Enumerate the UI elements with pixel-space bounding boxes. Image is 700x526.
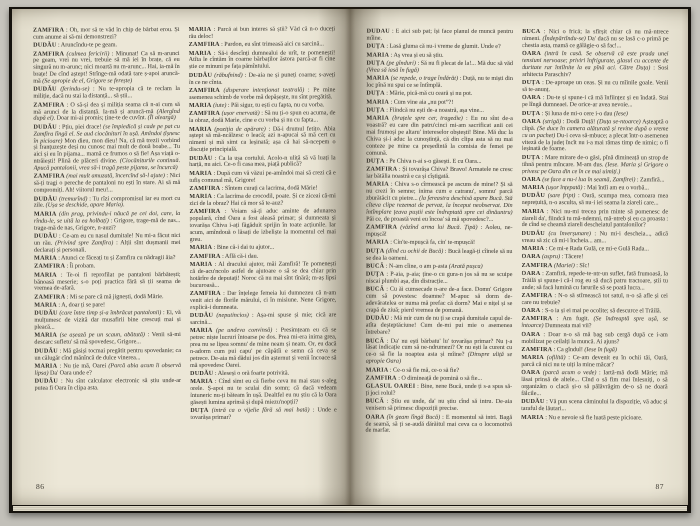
speaker-name: MARIA (34, 211, 57, 217)
stage-direction: (Se apropie de el, Grigore se ferește) (42, 78, 132, 84)
dialogue-entry: ZAMFIRA (ușor enervată) : Să nu ți-o spu… (189, 111, 336, 125)
speaker-name: MARIA (190, 328, 213, 334)
speaker-name: DUȚA (366, 60, 384, 66)
dialogue-entry: DUDĂU : Vă pun scena căminului la dispoz… (521, 399, 668, 413)
speaker-name: MARIA (366, 76, 389, 82)
speaker-name: DUDĂU (35, 379, 58, 385)
speaker-name: DUDĂU (521, 399, 544, 405)
dialogue-text: : Cînd simt eu că fierbe ceva nu mai sta… (190, 379, 337, 406)
dialogue-entry: MARIA : Nu e nevoie să fie luată peste p… (521, 415, 668, 422)
speaker-name: ZAMFIRA (189, 88, 220, 94)
stage-direction: (neputincios) (216, 313, 248, 319)
dialogue-entry: OARA : S-o ia și ei mai pe ocolite; să d… (521, 308, 668, 315)
speaker-name: OARA (366, 414, 385, 420)
dialogue-text: : Aș vrea și eu să știu. (389, 52, 443, 58)
page-number-left: 86 (36, 482, 45, 491)
dialogue-text: : Îi probam. (65, 264, 95, 270)
stage-direction: (culmea fericirii) (67, 51, 110, 57)
dialogue-text: : Pe Chiva n-ai s-o găsești. E cu Oara..… (385, 159, 482, 165)
stage-direction: (dînd cu ochii de Bucă) (386, 248, 443, 254)
dialogue-text: : Ca lacrima de crocodil, poate. Și ce z… (189, 194, 335, 208)
speaker-name: OARA (522, 95, 541, 101)
speaker-name: DUDĂU (33, 87, 56, 93)
dialogue-text: : Nu ție mă, Oarei (57, 363, 108, 369)
dialogue-text: : După cum vă văzui pe-amîndoi mai să cr… (189, 170, 335, 184)
dialogue-entry: MARIA (poziția de apărare) : Dă-i drumul… (189, 126, 336, 154)
stage-direction: (tremurînd) (59, 196, 87, 202)
stage-direction: (sare fript) (548, 194, 576, 200)
dialogue-text: : Să nu fi plecat de la!... Mă duc să vă… (416, 61, 513, 67)
speaker-name: MARIA (190, 379, 213, 385)
dialogue-entry: DUDĂU : Nu sînt calculator electronic să… (35, 378, 182, 392)
dialogue-entry: DUȚA (intră ca o vijelie fără să mai bat… (190, 408, 337, 422)
speaker-name: DUȚA (367, 44, 385, 50)
dialogue-text: : Și luna de mi-o cere i-o dau (540, 111, 614, 117)
book-scan: ZAMFIRA : Oh, mor să te văd în chip de b… (0, 0, 700, 526)
dialogue-entry: ZAMFIRA : Află că-i dau. (190, 253, 337, 261)
text-column-3: DUDĂU : E aici sub pat; își face planul … (365, 29, 513, 471)
dialogue-text: : Du-te și spune-i că mă înființez și eu… (522, 95, 669, 108)
dialogue-text: : O dimineață de pomină o să fie... (397, 376, 482, 382)
dialogue-entry: MARIA (iute) : Păi sigur, tu ești cu fap… (189, 102, 336, 110)
speaker-name: DUȚA (366, 248, 384, 254)
dialogue-entry: DUDĂU (cu înverșunare) : Nu mi-i deschei… (522, 231, 669, 245)
dialogue-text: : Cum vine aia „nu pot”?! (389, 99, 453, 105)
dialogue-entry: MARIA : Atunci ce făceați tu și Zamfira … (34, 255, 181, 263)
speaker-name: MARIA (189, 171, 212, 177)
page-right-text: DUDĂU : E aici sub pat; își face planul … (365, 29, 668, 472)
dialogue-text: : Aleseși o oră foarte potrivită. (213, 371, 289, 377)
dialogue-entry: DUDĂU : Mă găsiși tocmai pregătit pentru… (34, 348, 181, 362)
page-left: ZAMFIRA : Oh, mor să te văd în chip de b… (12, 9, 350, 505)
speaker-name: MARIA (34, 363, 57, 369)
dialogue-entry: ZAMFIRA (Mariei) : Sîc! (521, 263, 668, 270)
dialogue-entry: MARIA (ușor înțepată) : Mai întîi am eu … (522, 185, 669, 192)
dialogue-entry: ZAMFIRA : Ca gîndul! (Iese în fugă) (521, 347, 668, 354)
stage-direction: (se așează pe un scaun, abătută) (60, 333, 145, 339)
speaker-name: DUȚA (190, 408, 208, 414)
speaker-name: MARIA (521, 415, 544, 421)
speaker-name: ZAMFIRA (366, 375, 397, 381)
speaker-name: OARA (522, 51, 541, 57)
dialogue-text: Da' Oara unde e? (49, 370, 92, 376)
dialogue-entry: OARA (parcă acum o vede) : Iartă-mă dodă… (521, 370, 668, 398)
dialogue-entry: OARA : Zamfiră, repede-te-ntr-un suflet,… (521, 271, 668, 292)
dialogue-entry: DUDĂU : Aleseși o oră foarte potrivită. (190, 370, 337, 378)
speaker-name: ZAMFIRA (521, 316, 552, 322)
stage-direction: (pe undeva convinsă) (216, 328, 272, 334)
dialogue-text: : A, doar ți se pare! (57, 302, 105, 308)
dialogue-entry: MARIA : Ce-o să fie mă, ce-o să fie? (366, 367, 513, 374)
speaker-name: ZAMFIRA (190, 254, 221, 260)
dialogue-text: : Eu nu sînt de-a voastră? eu care din p… (366, 116, 513, 156)
stage-direction: (Îndepărtîndu-se) (542, 36, 585, 42)
dialogue-entry: DUȚA : Mărie, pică-mă cu ceară și nu pot… (366, 91, 513, 98)
dialogue-entry: OARA (în geam lîngă Bucă) : E momentul s… (366, 414, 513, 435)
dialogue-entry: ZAMFIRA : O dimineață de pomină o să fie… (366, 375, 513, 382)
dialogue-entry: OARA (aspru) : Tăcere! (521, 254, 668, 261)
speaker-name: MARIA (189, 103, 212, 109)
speaker-name: ZAMFIRA (521, 263, 552, 269)
stage-direction: (disperare intenționat teatrală) (224, 87, 305, 93)
stage-direction: (ofilită) (547, 355, 566, 361)
dialogue-text: Dumneata mai vii? (544, 323, 592, 329)
text-column-4: BUCĂ : Nici o frică; la sfîrșit chiar că… (521, 29, 669, 471)
dialogue-entry: ZAMFIRA : Mi se pare că mă jignești, dod… (34, 294, 181, 302)
dialogue-text: : Bine că-i dai tu ajutor... (212, 245, 274, 251)
stage-direction: (brațele spre cer, tragedie) (392, 116, 463, 122)
speaker-name: DUDĂU (34, 233, 57, 239)
speaker-name: ZAMFIRA (190, 291, 221, 297)
speaker-name: DUȚA (366, 272, 384, 278)
speaker-name: OARA (521, 332, 540, 338)
speaker-name: DUȚA (366, 91, 384, 97)
dialogue-entry: BUCĂ : N-am cîine, o am p-asta (Arată pu… (366, 264, 513, 271)
stage-direction: (ușor enervată) (222, 111, 260, 117)
dialogue-entry: ZAMFIRA : Oh, mor să te văd în chip de b… (33, 27, 180, 41)
dialogue-entry: MARIA (din prag, privindu-i năucă pe cei… (34, 211, 181, 232)
stage-direction: (se face a nu-i lua în seamă, Zamfirei) (542, 177, 635, 183)
dialogue-text: : Mi se pare că mă jignești, dodă Mărie. (65, 294, 163, 300)
dialogue-entry: OARA (se face a nu-i lua în seamă, Zamfi… (522, 177, 669, 184)
speaker-name: MARIA (189, 194, 212, 200)
dialogue-text: : Pardon, eu sînt trimeasă aici cu sarci… (220, 42, 324, 48)
dialogue-entry: ZAMFIRA : Pardon, eu sînt trimeasă aici … (189, 42, 336, 50)
speaker-name: ZAMFIRA (521, 293, 552, 299)
dialogue-entry: DUDĂU : Ce-am eu cu nasul dumitale! Nu m… (34, 233, 181, 254)
dialogue-text: : Află că-i dau. (221, 253, 259, 259)
dialogue-text: : Am fugit. (552, 317, 593, 323)
dialogue-text: : Al dracului ajutor, măi Zamfiră! Te po… (190, 261, 337, 288)
dialogue-entry: DUDĂU (tremurînd) : Tu rîzi compromisul … (34, 196, 181, 210)
dialogue-entry: DUȚA : Mare mirare de-o găsi, pînă dimin… (522, 155, 669, 176)
speaker-name: ZAMFIRA (34, 294, 65, 300)
speaker-name: DUDĂU (34, 196, 57, 202)
stage-direction: (aspru) (542, 254, 560, 260)
speaker-name: DUȚA (366, 107, 384, 113)
text-column-2: MARIA : Parcă ai bun interes să știi? Vă… (189, 26, 337, 471)
speaker-name: DUȚA (522, 80, 540, 86)
dialogue-entry: MARIA : Ca lacrima de crocodil, poate. Ș… (189, 194, 336, 208)
speaker-name: MARIA (34, 333, 57, 339)
speaker-name: MARIA (521, 246, 544, 252)
dialogue-text: : Ce-o să fie mă, ce-o să fie? (388, 367, 459, 373)
dialogue-text: : De-aproape un ceas. Și nu cu mîinile g… (522, 80, 669, 93)
dialogue-entry: MARIA : Nu ție mă, Oarei (Parcă abia acu… (34, 363, 181, 377)
dialogue-entry: OARA : Du-te și spune-i că mă înființez … (522, 95, 669, 109)
speaker-name: MARIA (34, 256, 57, 262)
speaker-name: OARA (522, 119, 541, 125)
speaker-name: ZAMFIRA (189, 186, 220, 192)
stage-direction: (Iese în fugă) (584, 347, 617, 353)
speaker-name: DUDĂU (33, 124, 56, 130)
dialogue-entry: ZAMFIRA : N-o să stîrnească tot satul, n… (521, 293, 668, 307)
dialogue-text: : Pțiu, piei drace! (57, 124, 103, 130)
dialogue-text: : P-aia, p-aia; ține-o cu gura-n jos să … (366, 272, 513, 285)
dialogue-text: : Sîc! (575, 263, 589, 269)
open-book-spread: ZAMFIRA : Oh, mor să te văd în chip de b… (12, 9, 688, 505)
dialogue-text: : Nu e nevoie să fie luată peste picioar… (544, 415, 643, 421)
dialogue-entry: DUȚA : Lasă gluma că nu-i vreme de glumi… (367, 44, 514, 51)
stage-direction: (intră în casă. Se observă că este prada… (522, 51, 669, 71)
speaker-name: DUDĂU (367, 29, 390, 35)
dialogue-entry: MARIA (brațele spre cer, tragedie) : Eu … (366, 116, 513, 158)
dialogue-entry: DUDĂU (care între timp și-a îmbrăcat pan… (34, 310, 181, 331)
dialogue-entry: MARIA : Aș vrea și eu să știu. (366, 52, 513, 59)
stage-direction: (iute) (213, 103, 226, 109)
speaker-name: MARIA (522, 209, 545, 215)
dialogue-entry: BUCĂ : Cu ăi cumsecade n-are de-a face. … (366, 287, 513, 315)
dialogue-text: : N-am cîine, o am p-asta (384, 264, 448, 270)
speaker-name: DUDĂU (366, 316, 389, 322)
dialogue-entry: DUȚA : Și luna de mi-o cere i-o dau (Ies… (522, 111, 669, 118)
speaker-name: MARIA (366, 240, 389, 246)
dialogue-entry: MARIA : Cin'te-mpușcă fa, cin' te-mpușcă… (366, 240, 513, 247)
dialogue-entry: MARIA : Bine că-i dai tu ajutor... (189, 245, 336, 253)
page-left-text: ZAMFIRA : Oh, mor să te văd în chip de b… (33, 26, 337, 471)
stage-direction: (poziția de apărare) (214, 126, 265, 132)
speaker-name: DUDĂU (522, 231, 545, 237)
text-column-1: ZAMFIRA : Oh, mor să te văd în chip de b… (33, 27, 181, 472)
dialogue-entry: DUDĂU (sare fript) : Oară, scumpa mea, c… (522, 193, 669, 207)
dialogue-entry: MARIA : Ce mi-e Rada Gulă, ce mi-e Gulă … (521, 246, 668, 253)
dialogue-entry: DUDĂU : Aruncîndu-te pe geam. (33, 42, 180, 50)
speaker-name: ZAMFIRA (521, 347, 552, 353)
dialogue-entry: BUCĂ : Nici o frică; la sfîrșit chiar că… (522, 29, 669, 50)
dialogue-entry: DUȚA : Fiindcă nu ești de-a noastră, așa… (366, 107, 513, 114)
stage-direction: (Iese) (614, 111, 628, 117)
dialogue-entry: ZAMFIRA (mai mult amuzată, încercînd să-… (34, 173, 181, 194)
dialogue-entry: MARIA (se repede, o trage îndărăt) : Duț… (366, 76, 513, 90)
dialogue-entry: ZAMFIRA : Dar înțelege femeia lui dumnez… (190, 290, 337, 311)
stage-direction: (se repede, o trage îndărăt) (391, 76, 458, 82)
dialogue-text: : Zamfiră... (635, 177, 664, 183)
speaker-name: DUDĂU (189, 72, 212, 78)
speaker-name: ZAMFIRA (189, 42, 220, 48)
dialogue-text: : Doar n-o să mă bag sub cergă după ce i… (521, 332, 668, 345)
speaker-name: DUȚA (522, 111, 540, 117)
stage-direction: (Arată pușca) (449, 264, 483, 270)
speaker-name: MARIA (522, 185, 545, 191)
dialogue-entry: ZAMFIRA (văzînd arma lui Bucă. Țipă) : A… (366, 225, 513, 239)
speaker-name: OARA (521, 271, 540, 277)
dialogue-text: : Dodă Duță! (561, 119, 597, 125)
speaker-name: ZAMFIRA (34, 174, 65, 180)
dialogue-text: : Știu eu unde, da' nu știu cînd să intr… (366, 399, 513, 412)
stage-direction: (Privind spre Zamfira) (55, 240, 113, 246)
dialogue-text: : Ca gîndul! (552, 347, 584, 353)
dialogue-entry: OARA : Doar n-o să mă bag sub cergă după… (521, 332, 668, 346)
dialogue-text: : Zamfiră, repede-te-ntr-un suflet, fată… (521, 271, 668, 291)
dialogue-text: : Atunci ce făceați tu și Zamfira cu năd… (57, 255, 176, 262)
speaker-name: MARIA (34, 303, 57, 309)
dialogue-text: : Cin'te-mpușcă fa, cin' te-mpușcă! (389, 240, 475, 246)
dialogue-entry: ZAMFIRA : Sîntem curați ca lacrima, dodă… (189, 185, 336, 193)
speaker-name: BUCĂ (366, 264, 384, 270)
speaker-name: ZAMFIRA (33, 28, 64, 34)
dialogue-text: . (123, 203, 125, 209)
dialogue-entry: BUCĂ : Știu eu unde, da' nu știu cînd să… (366, 399, 513, 413)
speaker-name: ZAMFIRA (33, 102, 64, 108)
dialogue-entry: ZAMFIRA : Și tovarășa Chiva? Bravo! Arma… (366, 167, 513, 181)
dialogue-entry: DUDĂU : E aici sub pat; își face planul … (367, 29, 514, 43)
dialogue-entry: DUDĂU (neputincios) : Așa-mi spuse și mi… (190, 312, 337, 326)
dialogue-text: : Fiindcă nu ești de-a noastră, așa vine… (385, 107, 484, 113)
stage-direction: (văzînd arma lui Bucă. Țipă) (400, 225, 477, 231)
speaker-name: OARA (522, 177, 541, 183)
dialogue-text: : Ce mi-e Rada Gulă, ce mi-e Gulă Rada..… (544, 246, 649, 252)
speaker-name: DUȚA (522, 155, 540, 161)
dialogue-entry: DUȚA : De-aproape un ceas. Și nu cu mîin… (522, 80, 669, 94)
dialogue-entry: OARA (strigă) : Dodă Duță! (Duța se-ntoa… (522, 119, 669, 154)
speaker-name: MARIA (189, 27, 212, 33)
dialogue-entry: ZAMFIRA : Voiam să-ți aduc aminte de adu… (189, 209, 336, 244)
speaker-name: GLASUL OAREI (366, 384, 416, 390)
speaker-name: MARIA (366, 182, 389, 188)
speaker-name: DUDĂU (33, 43, 56, 49)
speaker-name: MARIA (34, 272, 57, 278)
stage-direction: (pe gînduri) (386, 60, 416, 66)
speaker-name: BUCĂ (522, 29, 540, 35)
speaker-name: MARIA (190, 262, 213, 268)
speaker-name: BUCĂ (366, 287, 384, 293)
stage-direction: (mai mult amuzată, încercînd să-l ajute) (66, 174, 165, 180)
speaker-name: ZAMFIRA (34, 264, 65, 270)
speaker-name: DUDĂU (190, 313, 213, 319)
stage-direction: (ușor înțepată) (546, 185, 583, 191)
dialogue-entry: MARIA : A, doar ți se pare! (34, 302, 181, 310)
dialogue-text: : Tăcere! (560, 254, 583, 260)
dialogue-text: : Sîntem curați ca lacrima, dodă Mărie! (220, 185, 317, 191)
speaker-name: OARA (521, 254, 540, 260)
speaker-name: DUȚA (366, 159, 384, 165)
speaker-name: MARIA (189, 245, 212, 251)
stage-direction: (Ușa se deschide, apare Maria) (46, 203, 123, 209)
dialogue-entry: MARIA : Cum vine aia „nu pot”?! (366, 99, 513, 106)
speaker-name: DUDĂU (190, 371, 213, 377)
stage-direction: (Duța se-ntoarce) (597, 119, 641, 125)
dialogue-text: : Păi sigur, tu ești cu fapta, nu cu vor… (226, 102, 324, 108)
stage-direction: (cu înverșunare) (548, 231, 590, 237)
dialogue-entry: MARIA : Chiva s-o cîrmească pe ascuns de… (366, 182, 513, 224)
speaker-name: MARIA (189, 50, 212, 56)
stage-direction: (în geam lîngă Bucă) (387, 414, 440, 420)
speaker-name: DUDĂU (34, 348, 57, 354)
speaker-name: OARA (521, 370, 540, 376)
dialogue-entry: DUDĂU (ferindu-se) : Nu te-apropia că te… (33, 86, 180, 100)
dialogue-entry: MARIA (ofilită) : Ce-am devenit eu în oc… (521, 355, 668, 369)
speaker-name: BUCĂ (366, 338, 384, 344)
dialogue-text: : Aruncîndu-te pe geam. (57, 42, 118, 48)
dialogue-entry: ZAMFIRA (culmea fericirii) : Minunat! Ca… (33, 51, 180, 86)
dialogue-entry: DUDĂU (răbufnind) : De-aia ne și puneți … (189, 72, 336, 86)
dialogue-text: : Cu ăi cumsecade n-are de-a face. Domn'… (366, 287, 513, 314)
speaker-name: ZAMFIRA (366, 167, 397, 173)
stage-direction: (parcă acum o vede) (543, 370, 597, 376)
dialogue-entry: MARIA : Nici nu-mi trecea prin minte să … (522, 209, 669, 230)
stage-direction: (care între timp și-a îmbrăcat pantaloni… (59, 310, 161, 316)
dialogue-entry: DUDĂU : Pțiu, piei drace! (se împiedică … (33, 124, 180, 173)
dialogue-entry: DUDĂU : Mă mir cum de nu ți se crapă dum… (366, 316, 513, 337)
stage-direction: (Vrea să iasă în fugă) (366, 67, 418, 73)
page-right: DUDĂU : E aici sub pat; își face planul … (350, 9, 688, 505)
speaker-name: ZAMFIRA (189, 111, 220, 117)
stage-direction: (ferindu-se) (60, 87, 89, 93)
dialogue-entry: DUDĂU : Ca la ușa cortului. Acolo-n uliț… (189, 155, 336, 169)
speaker-name: MARIA (367, 52, 390, 58)
speaker-name: MARIA (521, 355, 544, 361)
dialogue-text: : Să-i descînți dumnealui de urît, te po… (189, 50, 336, 70)
stage-direction: (Mariei) (554, 263, 575, 269)
dialogue-text: : Nici nu-mi trecea prin minte să pomene… (522, 209, 669, 229)
speaker-name: MARIA (366, 116, 389, 122)
speaker-name: MARIA (189, 126, 212, 132)
dialogue-text: Păi ce, de proastă veni eu încoa' să mă … (366, 217, 493, 223)
dialogue-entry: MARIA : După cum vă văzui pe-amîndoi mai… (189, 170, 336, 184)
dialogue-entry: MARIA : Să-i descînți dumnealui de urît,… (189, 50, 336, 71)
speaker-name: DUDĂU (34, 311, 57, 317)
dialogue-entry: ZAMFIRA (disperare intenționat teatrală)… (189, 87, 336, 101)
dialogue-text: : Mărie, pică-mă cu ceară și nu pot. (385, 91, 473, 97)
dialogue-entry: ZAMFIRA : O să-și dea și miliția seama c… (33, 102, 180, 123)
dialogue-entry: OARA (intră în casă. Se observă că este … (522, 51, 669, 79)
dialogue-entry: MARIA : Te-oi fi reprofilat pe pantaloni… (34, 272, 181, 293)
dialogue-entry: DUȚA : P-aia, p-aia; ține-o cu gura-n jo… (366, 272, 513, 286)
dialogue-entry: MARIA (pe undeva convinsă) : Presimțeam … (190, 328, 337, 370)
dialogue-text: : Mai întîi am eu o vorbă... (582, 185, 649, 191)
dialogue-text: : S-o ia și ei mai pe ocolite; să descur… (540, 308, 661, 314)
speaker-name: DUDĂU (189, 155, 212, 161)
dialogue-entry: MARIA : Al dracului ajutor, măi Zamfiră!… (190, 261, 337, 289)
stage-direction: (Îl aleargă) (148, 115, 176, 121)
dialogue-text: : Lasă gluma că nu-i vreme de glumit. Un… (385, 44, 501, 50)
dialogue-entry: DUȚA (dînd cu ochii de Bucă) : Bucă leag… (366, 248, 513, 262)
dialogue-text: : Parcă ai bun interes să știi? Văd că n… (189, 26, 335, 40)
dialogue-text: . Doar mi-ai promis; ține-te de cuvînt. (54, 116, 148, 122)
stage-direction: (răbufnind) (214, 72, 242, 78)
dialogue-entry: BUCĂ : Da' nu ești bărbatu' lu' tovarășa… (366, 338, 513, 366)
speaker-name: DUDĂU (522, 193, 545, 199)
dialogue-entry: GLASUL OAREI : Bine, nene Bucă, unde ți … (366, 384, 513, 398)
book-cover: ZAMFIRA : Oh, mor să te văd în chip de b… (9, 7, 691, 513)
speaker-name: BUCĂ (366, 399, 384, 405)
dialogue-entry: MARIA : Cînd simt eu că fierbe ceva nu m… (190, 379, 337, 407)
speaker-name: ZAMFIRA (33, 51, 64, 57)
speaker-name: ZAMFIRA (189, 209, 220, 215)
speaker-name: ZAMFIRA (366, 225, 397, 231)
dialogue-entry: MARIA : Parcă ai bun interes să știi? Vă… (189, 26, 336, 40)
dialogue-entry: MARIA (se așează pe un scaun, abătută) :… (34, 332, 181, 346)
speaker-name: MARIA (366, 367, 389, 373)
speaker-name: MARIA (366, 99, 389, 105)
page-edges (13, 506, 687, 511)
page-number-right: 87 (656, 482, 665, 491)
stage-direction: (strigă) (543, 119, 561, 125)
stage-direction: (intră ca o vijelie fără să mai bată) (212, 408, 310, 414)
dialogue-entry: DUȚA : Pe Chiva n-ai s-o găsești. E cu O… (366, 159, 513, 166)
dialogue-entry: ZAMFIRA : Îi probam. (34, 263, 181, 271)
dialogue-entry: DUȚA (pe gînduri) : Să nu fi plecat de l… (366, 60, 513, 74)
speaker-name: OARA (521, 308, 540, 314)
dialogue-text: : Te-oi fi reprofilat pe pantaloni bărbă… (34, 272, 181, 292)
dialogue-entry: ZAMFIRA : Am fugit. (Se îndreaptă spre u… (521, 316, 668, 330)
